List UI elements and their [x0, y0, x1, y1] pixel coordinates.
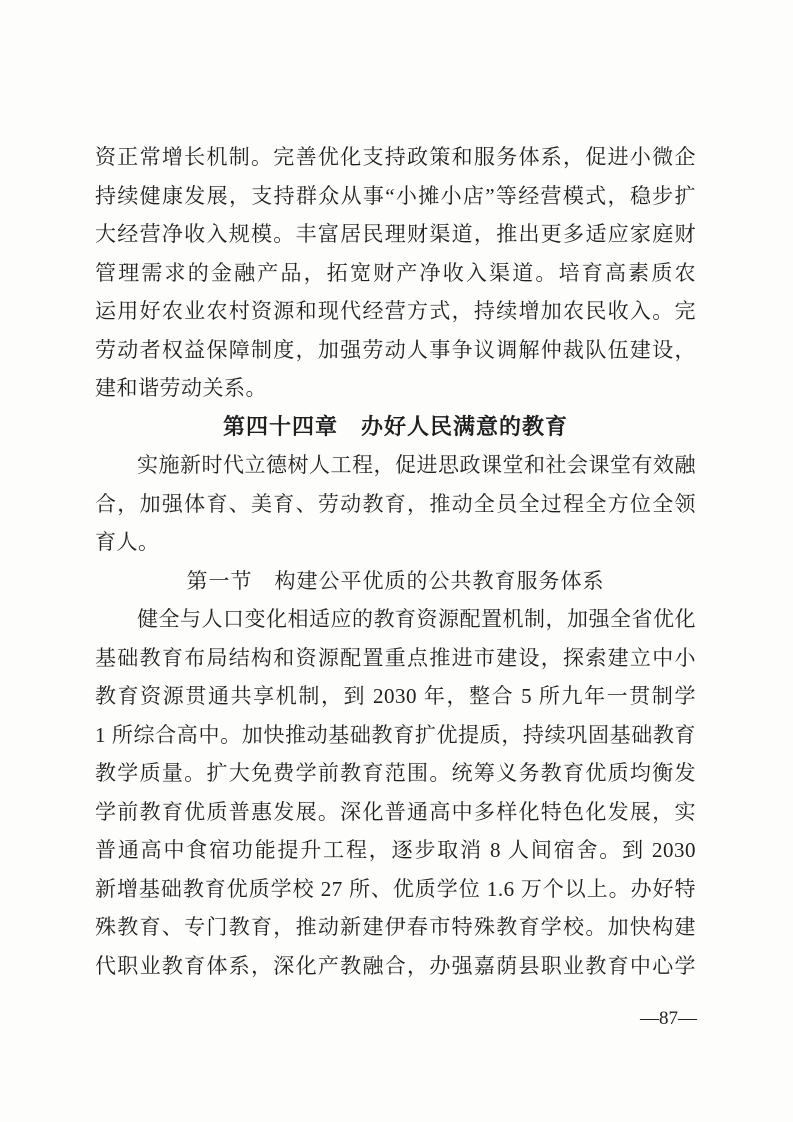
text-line: 建和谐劳动关系。 — [95, 369, 696, 408]
text-line: 实施新时代立德树人工程，促进思政课堂和社会课堂有效融 — [95, 446, 696, 485]
page-number: —87— — [640, 1005, 697, 1033]
text-line: 劳动者权益保障制度，加强劳动人事争议调解仲裁队伍建设，构 — [95, 331, 696, 370]
text-line: 新增基础教育优质学校 27 所、优质学位 1.6 万个以上。办好特 — [95, 870, 696, 909]
text-line: 大经营净收入规模。丰富居民理财渠道，推出更多适应家庭财富 — [95, 215, 696, 254]
text-line: 运用好农业农村资源和现代经营方式，持续增加农民收入。完善 — [95, 292, 696, 331]
text-line: 育人。 — [95, 523, 696, 562]
text-line: 1 所综合高中。加快推动基础教育扩优提质，持续巩固基础教育 — [95, 716, 696, 755]
paragraph: 实施新时代立德树人工程，促进思政课堂和社会课堂有效融合，加强体育、美育、劳动教育… — [95, 446, 696, 562]
text-line: 持续健康发展，支持群众从事“小摊小店”等经营模式，稳步扩 — [95, 177, 696, 216]
text-line: 教育资源贯通共享机制，到 2030 年，整合 5 所九年一贯制学校、 — [95, 677, 696, 716]
section-heading: 第一节 构建公平优质的公共教育服务体系 — [95, 562, 696, 601]
text-line: 基础教育布局结构和资源配置重点推进市建设，探索建立中小学 — [95, 639, 696, 678]
document-body: 资正常增长机制。完善优化支持政策和服务体系，促进小微企业持续健康发展，支持群众从… — [95, 138, 696, 985]
text-line: 殊教育、专门教育，推动新建伊春市特殊教育学校。加快构建现 — [95, 908, 696, 947]
text-line: 健全与人口变化相适应的教育资源配置机制，加强全省优化 — [95, 600, 696, 639]
paragraph: 健全与人口变化相适应的教育资源配置机制，加强全省优化基础教育布局结构和资源配置重… — [95, 600, 696, 985]
text-line: 教学质量。扩大免费学前教育范围。统筹义务教育优质均衡发展、 — [95, 754, 696, 793]
chapter-heading: 第四十四章 办好人民满意的教育 — [95, 408, 696, 447]
paragraph: 资正常增长机制。完善优化支持政策和服务体系，促进小微企业持续健康发展，支持群众从… — [95, 138, 696, 408]
text-line: 代职业教育体系，深化产教融合，办强嘉荫县职业教育中心学校， — [95, 947, 696, 986]
document-page: 资正常增长机制。完善优化支持政策和服务体系，促进小微企业持续健康发展，支持群众从… — [0, 0, 793, 1122]
text-line: 学前教育优质普惠发展。深化普通高中多样化特色化发展，实施 — [95, 793, 696, 832]
text-line: 合，加强体育、美育、劳动教育，推动全员全过程全方位全领域 — [95, 485, 696, 524]
text-line: 管理需求的金融产品，拓宽财产净收入渠道。培育高素质农民， — [95, 254, 696, 293]
text-line: 资正常增长机制。完善优化支持政策和服务体系，促进小微企业 — [95, 138, 696, 177]
text-line: 普通高中食宿功能提升工程，逐步取消 8 人间宿舍。到 2030 年， — [95, 831, 696, 870]
